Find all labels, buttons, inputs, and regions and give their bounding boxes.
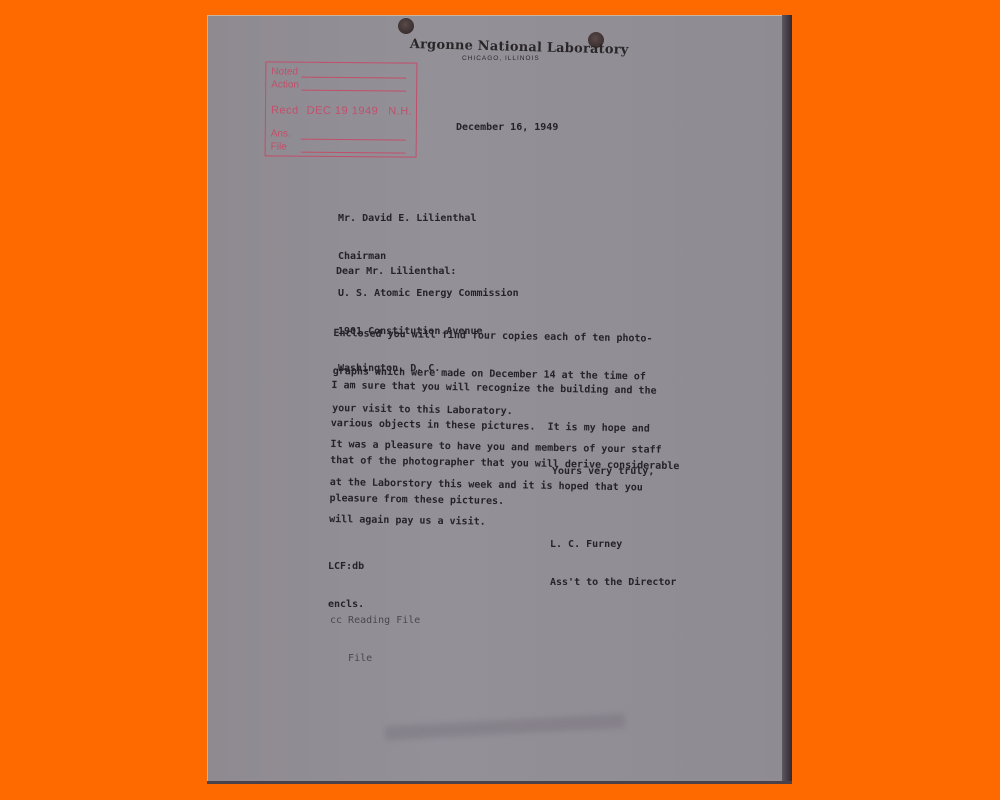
stamp-recd-date: DEC 19 1949 [307, 105, 379, 118]
stamp-ans-label: Ans. [271, 128, 301, 139]
paragraph-line: Enclosed you will find four copies each … [333, 328, 652, 346]
letter-date: December 16, 1949 [456, 122, 558, 135]
stamp-noted-label: Noted [271, 66, 301, 77]
cc-line: cc Reading File [330, 615, 420, 628]
stamp-line [301, 144, 406, 154]
received-stamp: Noted Action Recd DEC 19 1949 N.H. Ans. … [265, 61, 418, 157]
stamp-file-label: File [271, 141, 301, 152]
letterhead-subtitle: CHICAGO, ILLINOIS [462, 55, 540, 62]
photo-edge-shadow-bottom [207, 781, 792, 784]
photo-edge-shadow [782, 15, 792, 784]
stamp-line [301, 82, 406, 92]
paragraph-line: at the Laborstory this week and it is ho… [330, 476, 661, 494]
closing: Yours very truly, [552, 466, 654, 479]
stamp-line [301, 131, 406, 141]
recipient-line: U. S. Atomic Energy Commission [338, 288, 519, 301]
reference-line: LCF:db [328, 561, 364, 574]
punch-hole-icon [398, 18, 414, 34]
recipient-line: Mr. David E. Lilienthal [338, 213, 519, 226]
stamp-line [301, 69, 406, 79]
cc-list: cc Reading File File [330, 590, 420, 678]
recipient-line: Chairman [338, 251, 519, 264]
paragraph-line: I am sure that you will recognize the bu… [331, 380, 680, 399]
cc-line: File [330, 653, 420, 666]
salutation: Dear Mr. Lilienthal: [336, 266, 456, 279]
stamp-recd-label: Recd [271, 104, 299, 116]
signature-name: L. C. Furney [550, 539, 676, 552]
paragraph-line: It was a pleasure to have you and member… [330, 439, 661, 457]
signature-title: Ass't to the Director [550, 577, 676, 590]
stamp-action-label: Action [271, 79, 301, 90]
stamp-recd-initials: N.H. [388, 105, 412, 117]
signature-block: L. C. Furney Ass't to the Director [550, 514, 676, 602]
